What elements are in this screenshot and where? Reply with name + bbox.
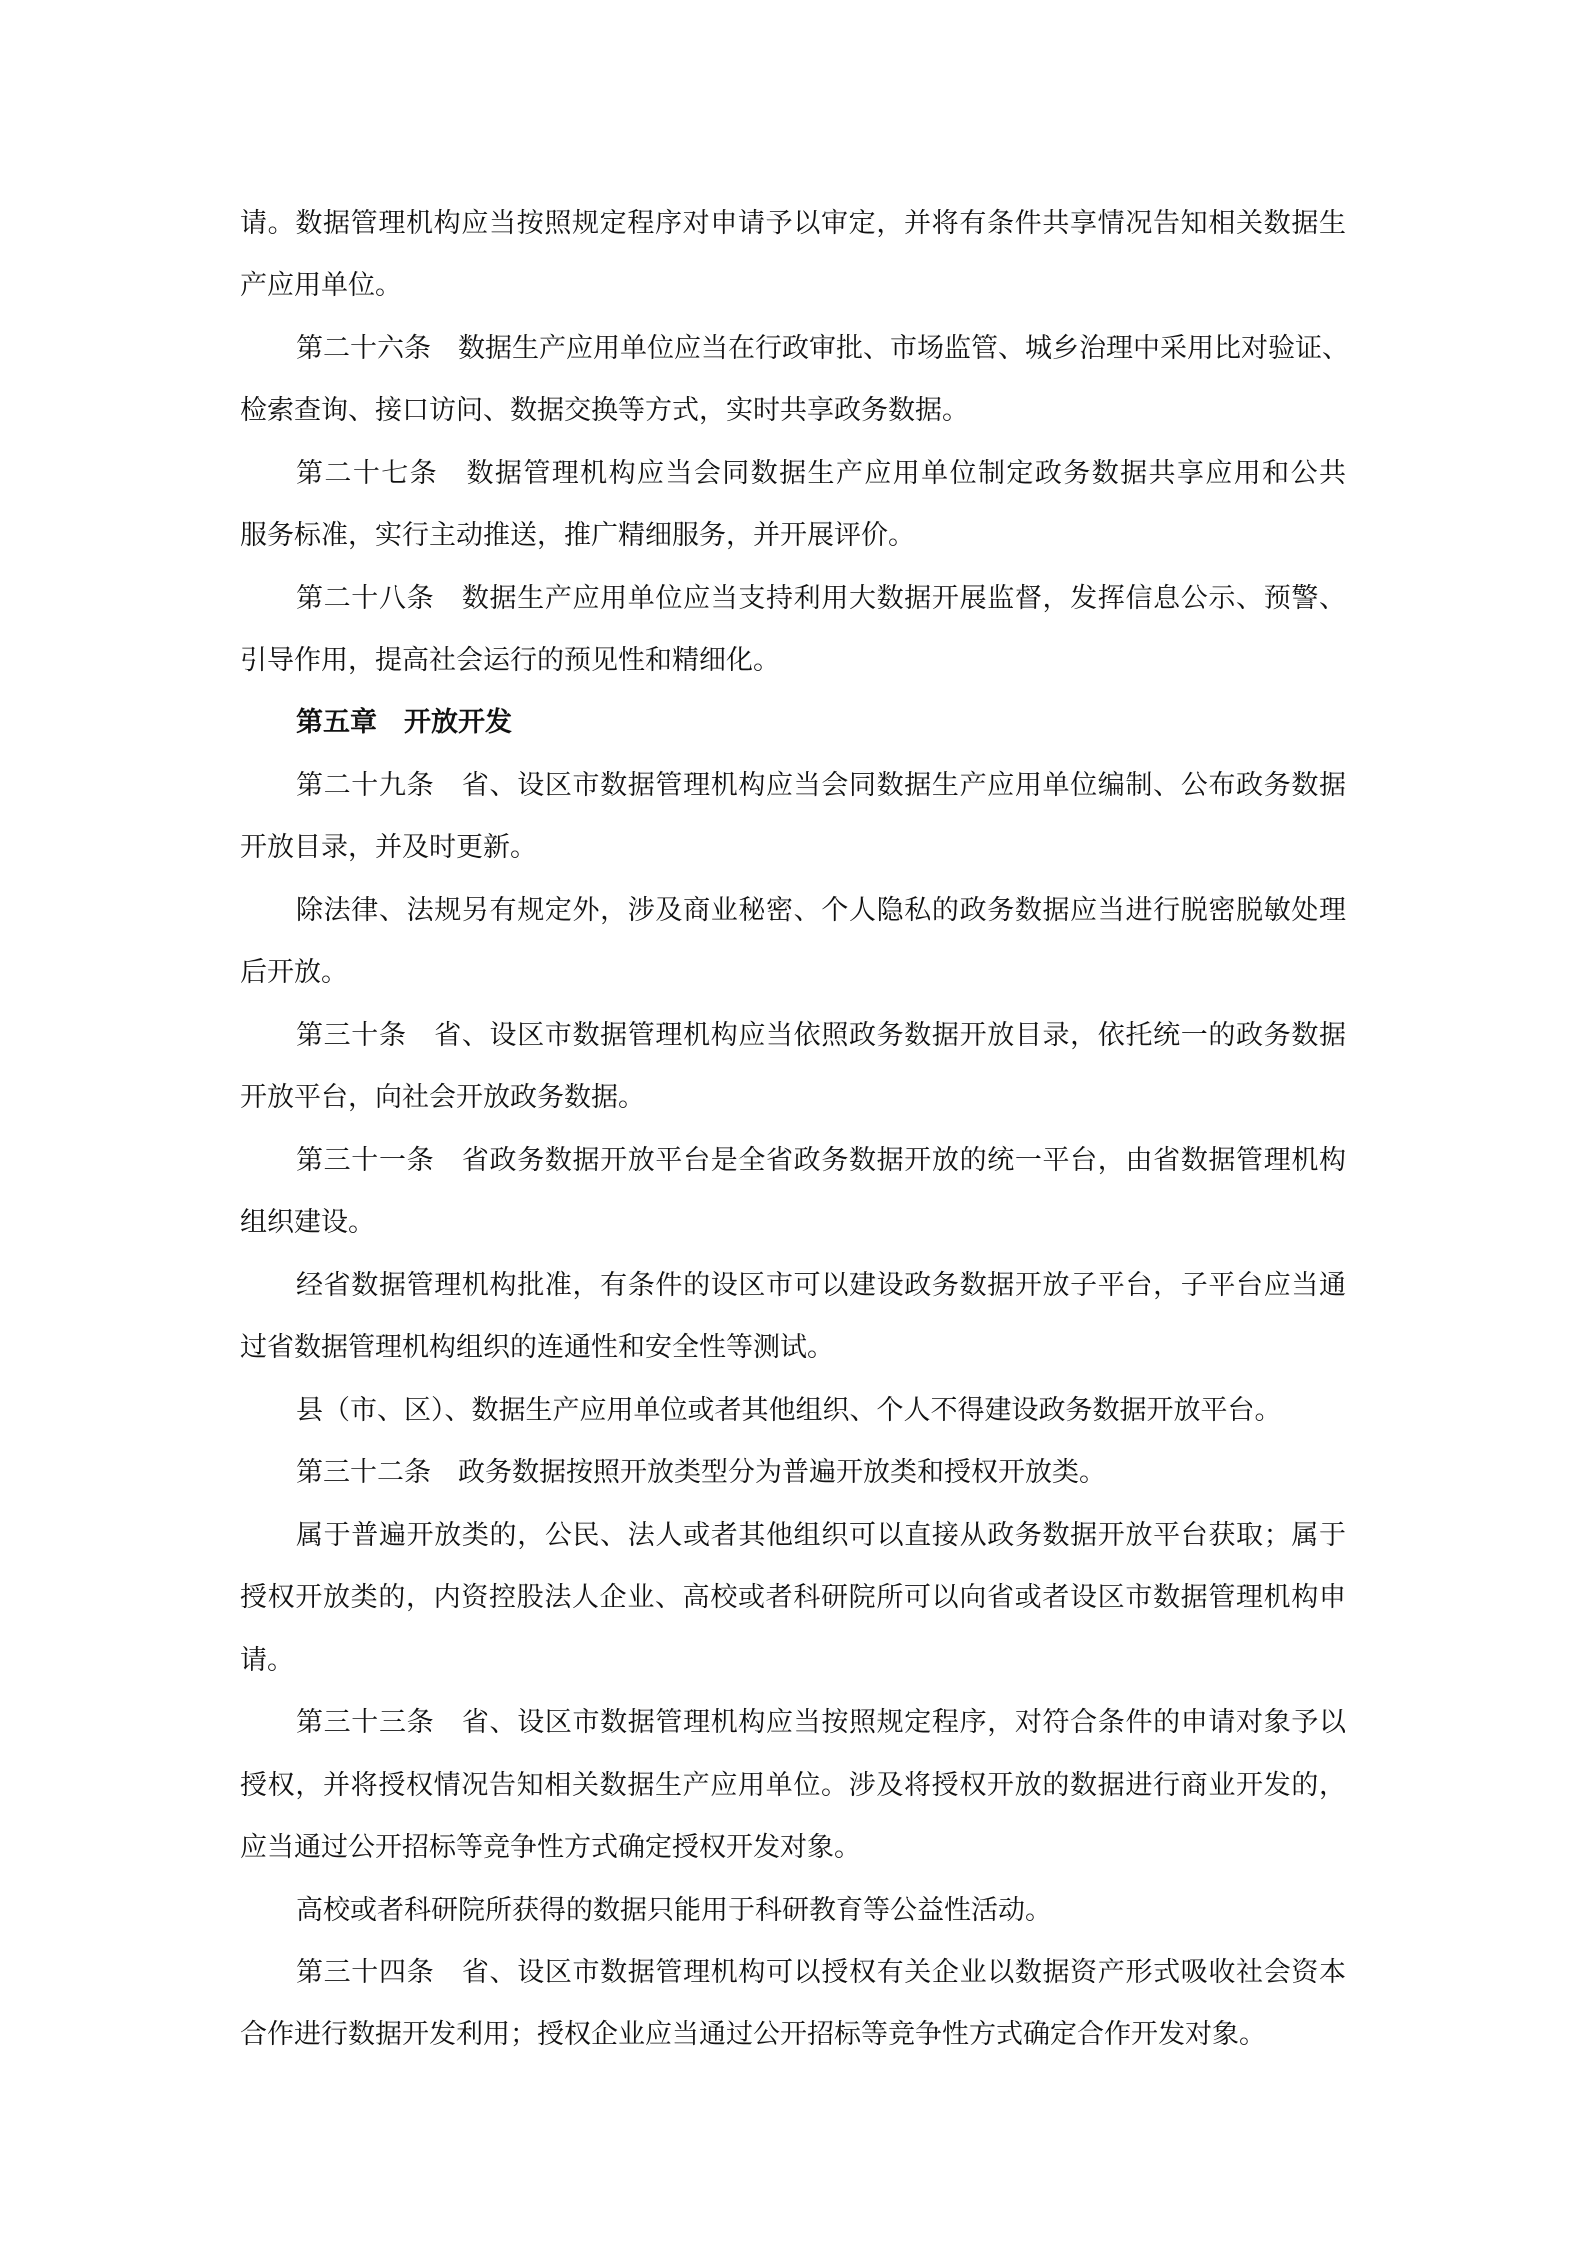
text-line: 授权，并将授权情况告知相关数据生产应用单位。涉及将授权开放的数据进行商业开发的， xyxy=(240,1755,1346,1817)
article-33-line: 第三十三条 省、设区市数据管理机构应当按照规定程序，对符合条件的申请对象予以 xyxy=(296,1692,1346,1754)
text-line: 过省数据管理机构组织的连通性和安全性等测试。 xyxy=(240,1317,1346,1379)
article-34-line: 第三十四条 省、设区市数据管理机构可以授权有关企业以数据资产形式吸收社会资本 xyxy=(296,1942,1346,2004)
article-31-line: 第三十一条 省政务数据开放平台是全省政务数据开放的统一平台，由省数据管理机构 xyxy=(296,1130,1346,1192)
text-line: 属于普遍开放类的，公民、法人或者其他组织可以直接从政务数据开放平台获取；属于 xyxy=(296,1505,1346,1567)
article-26-line: 第二十六条 数据生产应用单位应当在行政审批、市场监管、城乡治理中采用比对验证、 xyxy=(296,318,1346,380)
text-line: 经省数据管理机构批准，有条件的设区市可以建设政务数据开放子平台，子平台应当通 xyxy=(296,1255,1346,1317)
text-line: 请。 xyxy=(240,1630,1346,1692)
article-27-line: 第二十七条 数据管理机构应当会同数据生产应用单位制定政务数据共享应用和公共 xyxy=(296,443,1346,505)
text-line: 开放平台，向社会开放政务数据。 xyxy=(240,1067,1346,1129)
text-line: 除法律、法规另有规定外，涉及商业秘密、个人隐私的政务数据应当进行脱密脱敏处理 xyxy=(296,880,1346,942)
article-28-line: 第二十八条 数据生产应用单位应当支持利用大数据开展监督，发挥信息公示、预警、 xyxy=(296,568,1346,630)
text-line: 检索查询、接口访问、数据交换等方式，实时共享政务数据。 xyxy=(240,380,1346,442)
article-30-line: 第三十条 省、设区市数据管理机构应当依照政务数据开放目录，依托统一的政务数据 xyxy=(296,1005,1346,1067)
text-line: 后开放。 xyxy=(240,942,1346,1004)
article-29-line: 第二十九条 省、设区市数据管理机构应当会同数据生产应用单位编制、公布政务数据 xyxy=(296,755,1346,817)
text-line: 开放目录，并及时更新。 xyxy=(240,817,1346,879)
document-page: 请。数据管理机构应当按照规定程序对申请予以审定，并将有条件共享情况告知相关数据生… xyxy=(0,0,1586,2244)
text-line: 合作进行数据开发利用；授权企业应当通过公开招标等竞争性方式确定合作开发对象。 xyxy=(240,2004,1346,2066)
text-line: 产应用单位。 xyxy=(240,255,1346,317)
text-line: 服务标准，实行主动推送，推广精细服务，并开展评价。 xyxy=(240,505,1346,567)
text-line: 授权开放类的，内资控股法人企业、高校或者科研院所可以向省或者设区市数据管理机构申 xyxy=(240,1567,1346,1629)
text-line: 县（市、区）、数据生产应用单位或者其他组织、个人不得建设政务数据开放平台。 xyxy=(296,1380,1346,1442)
text-line: 高校或者科研院所获得的数据只能用于科研教育等公益性活动。 xyxy=(296,1880,1346,1942)
text-line: 应当通过公开招标等竞争性方式确定授权开发对象。 xyxy=(240,1817,1346,1879)
text-line: 请。数据管理机构应当按照规定程序对申请予以审定，并将有条件共享情况告知相关数据生 xyxy=(240,193,1346,255)
article-32-line: 第三十二条 政务数据按照开放类型分为普遍开放类和授权开放类。 xyxy=(296,1442,1346,1504)
text-line: 引导作用，提高社会运行的预见性和精细化。 xyxy=(240,630,1346,692)
chapter-heading: 第五章 开放开发 xyxy=(296,692,1346,754)
text-line: 组织建设。 xyxy=(240,1192,1346,1254)
